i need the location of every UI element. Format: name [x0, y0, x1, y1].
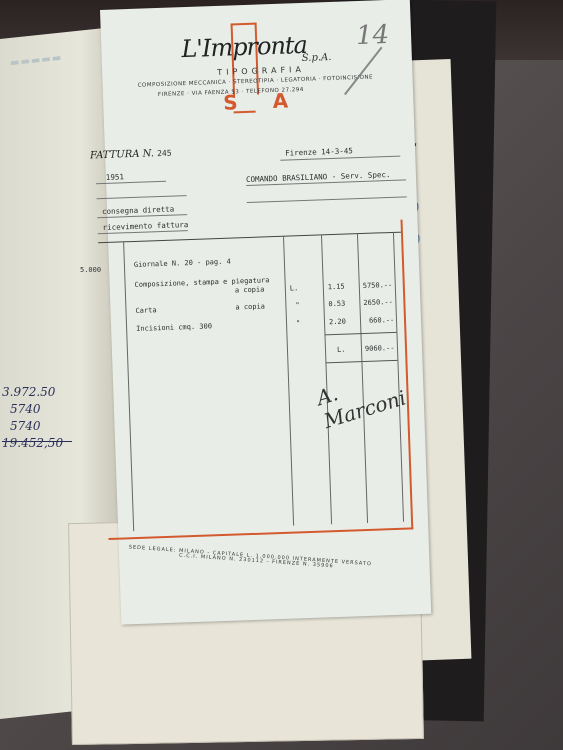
pencil-slash [344, 47, 383, 96]
blank-line [97, 195, 187, 199]
handwritten-sum-total: 19.452,50 [2, 436, 63, 450]
pencil-mark: 14 [356, 20, 390, 51]
column-divider [321, 234, 332, 524]
line-item-amount: 660.-- [369, 316, 395, 325]
handwritten-sum-line: 5740 [10, 419, 41, 433]
trade-label: TIPOGRAFIA [217, 65, 305, 77]
left-page-margin-value: 5.000 [80, 266, 101, 274]
invoice-number: 245 [157, 149, 172, 158]
handwritten-sum-line: 3.972.50 [2, 385, 55, 399]
total-amount: 9060.-- [365, 344, 395, 353]
line-item-price: 0.53 [328, 300, 345, 309]
line-item-unit: a copia [235, 302, 265, 311]
company-name: L'Impronta [181, 31, 307, 63]
invoice-sheet: L'Impronta S.p.A. TIPOGRAFIA COMPOSIZION… [100, 0, 431, 625]
line-item-currency: " [296, 319, 300, 327]
faint-header: ▬▬▬▬▬ [10, 52, 62, 68]
invoice-year: 1951 [106, 172, 124, 182]
invoice-title: FATTURA N. 245 [90, 148, 172, 162]
line-item-currency: L. [290, 284, 299, 292]
place-date: Firenze 14-3-45 [285, 146, 353, 157]
line-item-currency: " [295, 301, 299, 309]
line-item-unit: a copia [235, 285, 265, 294]
total-currency: L. [337, 346, 346, 354]
line-item-price: 1.15 [328, 283, 345, 292]
footer-legal-line: SEDE LEGALE: MILANO - CAPITALE L. 1.000.… [129, 544, 372, 567]
line-item-description: Carta [135, 306, 156, 315]
line-item-description: Giornale N. 20 - pag. 4 [134, 258, 231, 269]
company-suffix: S.p.A. [302, 52, 332, 64]
line-item-amount: 5750.-- [363, 281, 393, 290]
line-item-price: 2.20 [329, 318, 346, 327]
column-divider [123, 241, 134, 531]
line-item-amount: 2650.-- [363, 298, 393, 307]
line-item-description: Incisioni cmq. 300 [136, 322, 212, 333]
column-divider [283, 236, 294, 526]
handwritten-sum-line: 5740 [10, 402, 41, 416]
recipient-line-2 [247, 196, 407, 203]
